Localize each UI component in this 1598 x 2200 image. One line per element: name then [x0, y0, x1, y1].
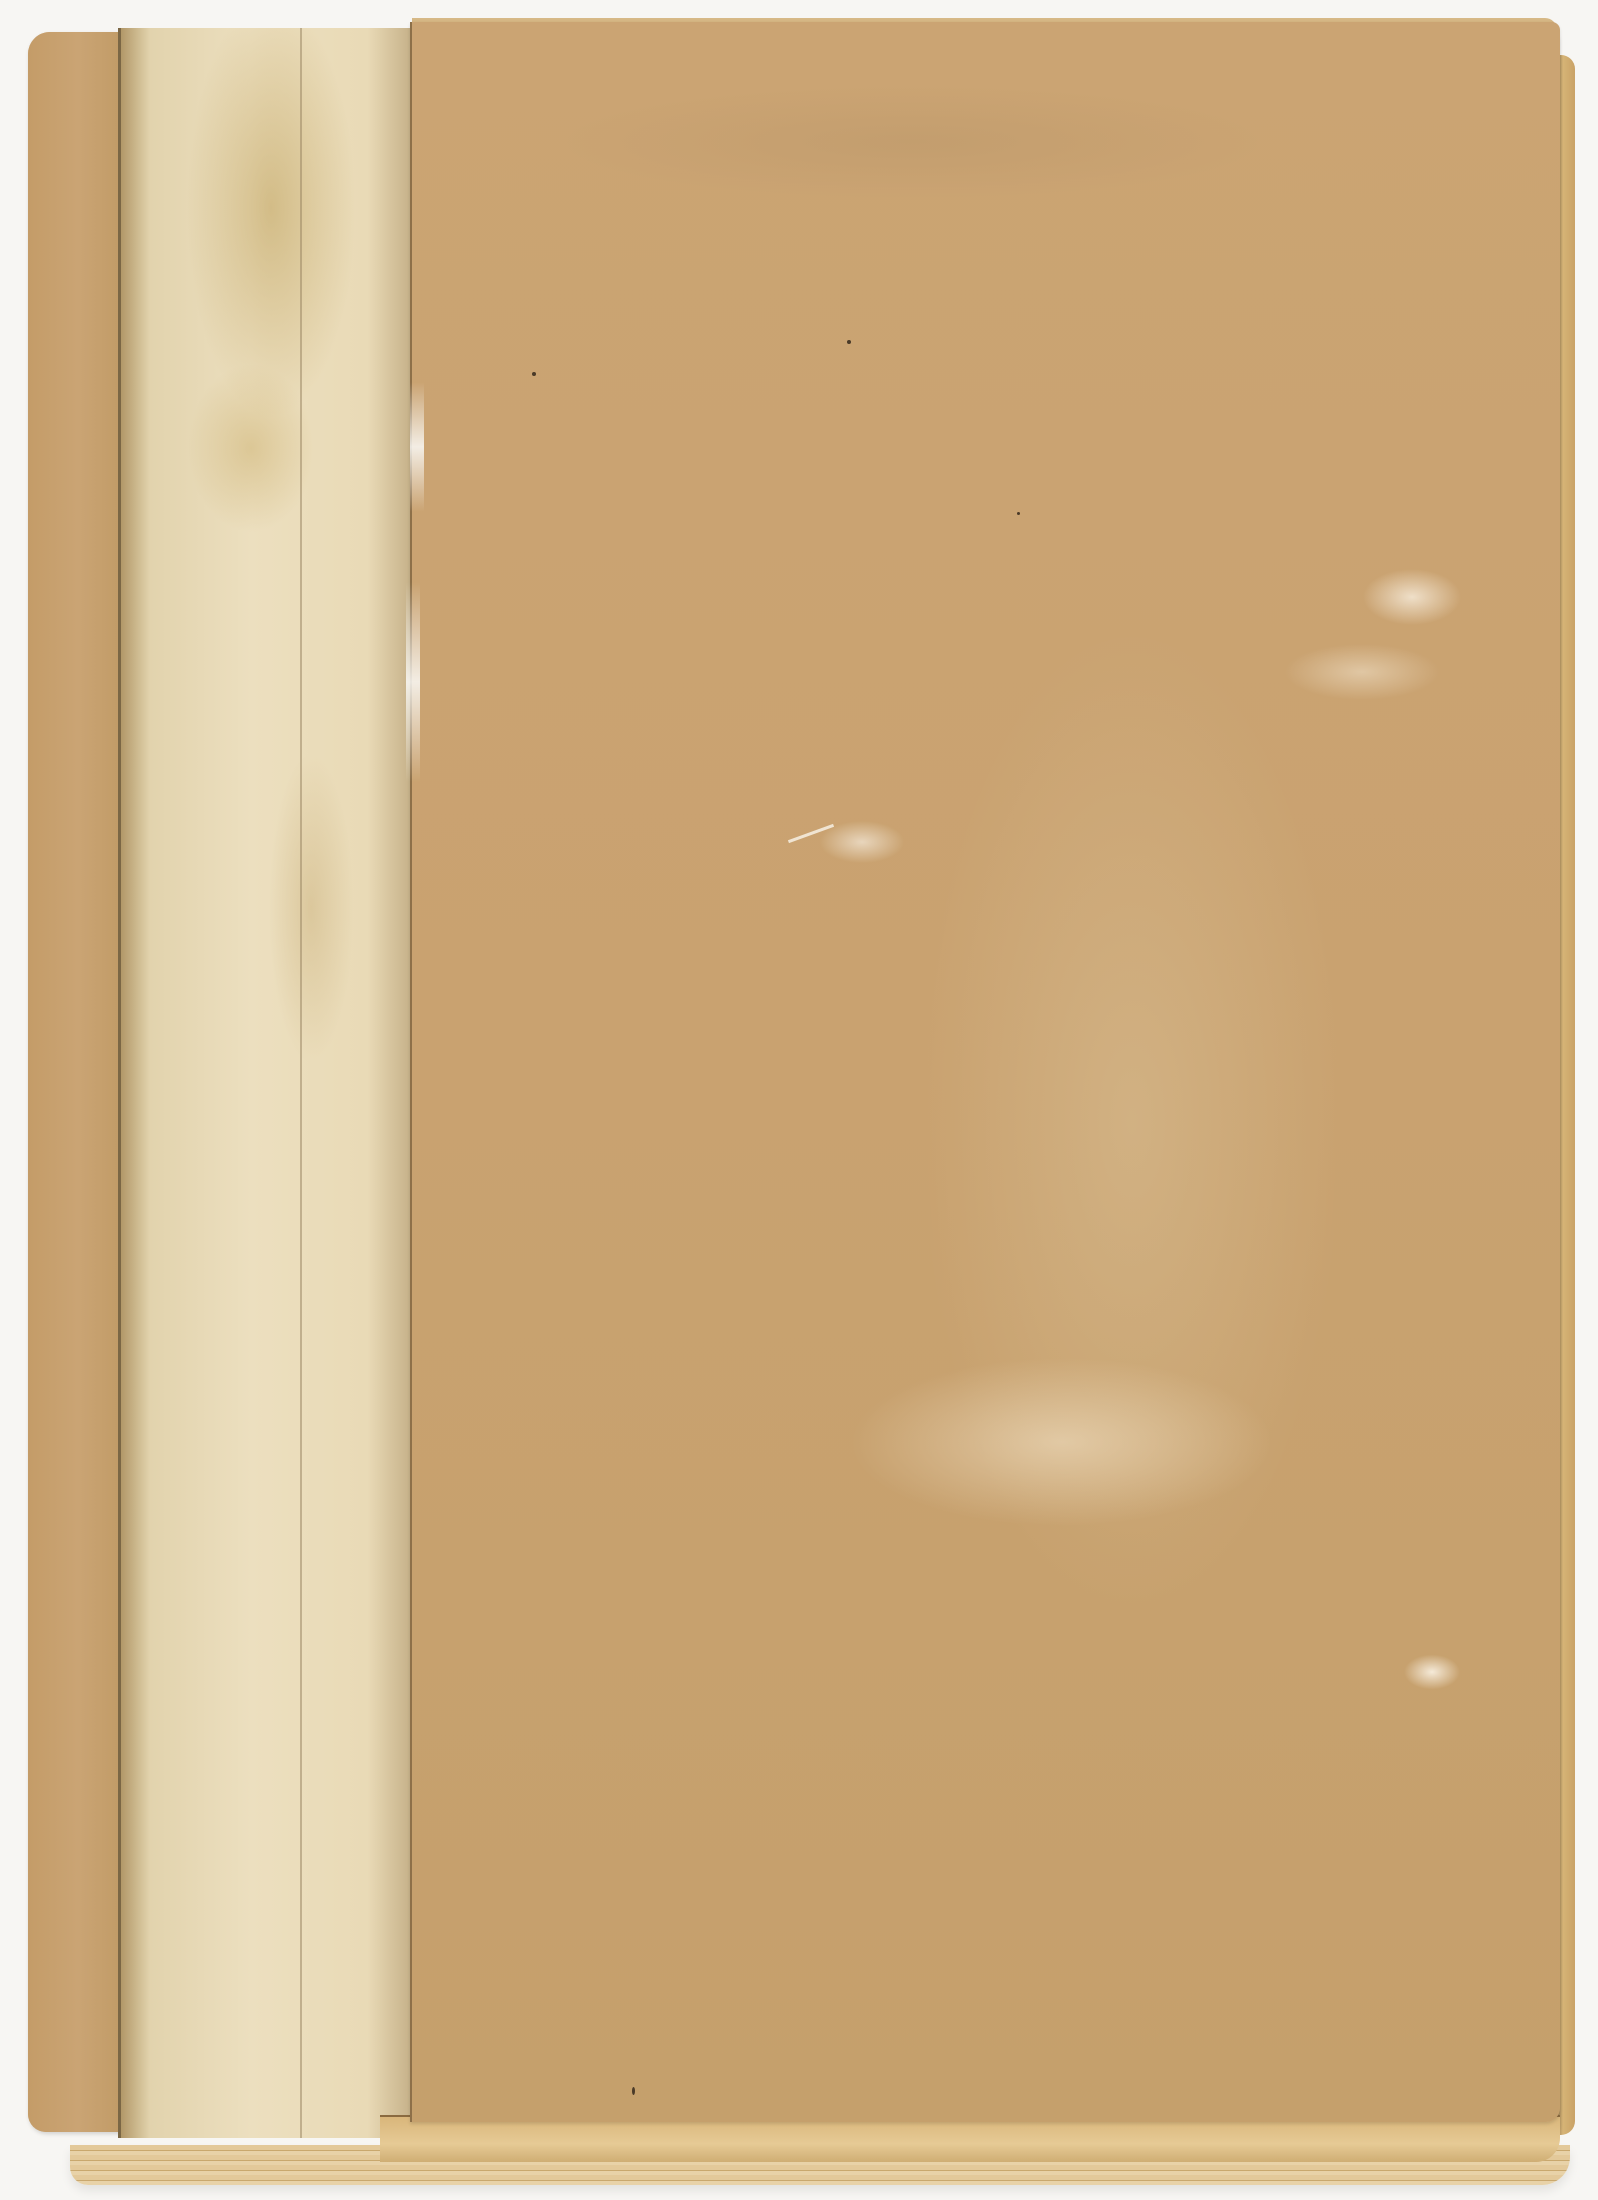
ink-speck — [632, 2087, 635, 2095]
spine-fold-line — [300, 28, 302, 2138]
scuff-mark — [410, 382, 424, 512]
front-cover-board — [410, 22, 1560, 2122]
scuff-mark — [406, 582, 420, 782]
ink-speck — [532, 372, 536, 376]
spine-paper-strip — [118, 28, 414, 2138]
bottom-page-edge — [380, 2115, 1560, 2162]
scuff-mark — [788, 824, 834, 843]
ink-speck — [1017, 512, 1020, 515]
ink-speck — [847, 340, 851, 344]
